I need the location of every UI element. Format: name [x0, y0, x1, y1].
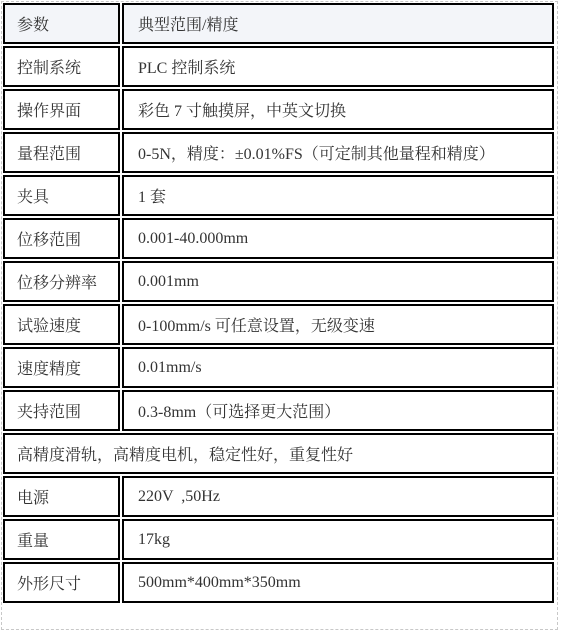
- table-row: 操作界面 彩色 7 寸触摸屏，中英文切换: [3, 89, 554, 130]
- value-cell: 彩色 7 寸触摸屏，中英文切换: [122, 89, 554, 130]
- value-cell: 0-5N，精度：±0.01%FS（可定制其他量程和精度）: [122, 132, 554, 173]
- value-cell: 0-100mm/s 可任意设置，无级变速: [122, 304, 554, 345]
- value-cell: PLC 控制系统: [122, 46, 554, 87]
- header-param-cell: 参数: [3, 3, 120, 44]
- value-cell: 0.001mm: [122, 261, 554, 302]
- value-cell: 17kg: [122, 519, 554, 560]
- param-cell: 试验速度: [3, 304, 120, 345]
- table-row: 电源 220V ,50Hz: [3, 476, 554, 517]
- table-row: 夹持范围 0.3-8mm（可选择更大范围）: [3, 390, 554, 431]
- value-cell: 500mm*400mm*350mm: [122, 562, 554, 603]
- value-cell: 0.3-8mm（可选择更大范围）: [122, 390, 554, 431]
- param-cell: 位移分辨率: [3, 261, 120, 302]
- table-header-row: 参数 典型范围/精度: [3, 3, 554, 44]
- table-row: 位移分辨率 0.001mm: [3, 261, 554, 302]
- spec-table: 参数 典型范围/精度 控制系统 PLC 控制系统 操作界面 彩色 7 寸触摸屏，…: [1, 1, 556, 605]
- param-cell: 控制系统: [3, 46, 120, 87]
- param-cell: 操作界面: [3, 89, 120, 130]
- table-row: 重量 17kg: [3, 519, 554, 560]
- table-row: 夹具 1 套: [3, 175, 554, 216]
- param-cell: 重量: [3, 519, 120, 560]
- param-cell: 夹具: [3, 175, 120, 216]
- param-cell: 量程范围: [3, 132, 120, 173]
- table-row: 位移范围 0.001-40.000mm: [3, 218, 554, 259]
- table-row: 量程范围 0-5N，精度：±0.01%FS（可定制其他量程和精度）: [3, 132, 554, 173]
- param-cell: 电源: [3, 476, 120, 517]
- param-cell: 外形尺寸: [3, 562, 120, 603]
- value-cell: 0.01mm/s: [122, 347, 554, 388]
- feature-row: 高精度滑轨，高精度电机，稳定性好，重复性好: [3, 433, 554, 474]
- value-cell: 1 套: [122, 175, 554, 216]
- param-cell: 速度精度: [3, 347, 120, 388]
- param-cell: 位移范围: [3, 218, 120, 259]
- table-row: 控制系统 PLC 控制系统: [3, 46, 554, 87]
- table-row: 速度精度 0.01mm/s: [3, 347, 554, 388]
- value-cell: 220V ,50Hz: [122, 476, 554, 517]
- value-cell: 0.001-40.000mm: [122, 218, 554, 259]
- param-cell: 夹持范围: [3, 390, 120, 431]
- table-row: 外形尺寸 500mm*400mm*350mm: [3, 562, 554, 603]
- feature-cell: 高精度滑轨，高精度电机，稳定性好，重复性好: [3, 433, 554, 474]
- table-row: 试验速度 0-100mm/s 可任意设置，无级变速: [3, 304, 554, 345]
- header-value-cell: 典型范围/精度: [122, 3, 554, 44]
